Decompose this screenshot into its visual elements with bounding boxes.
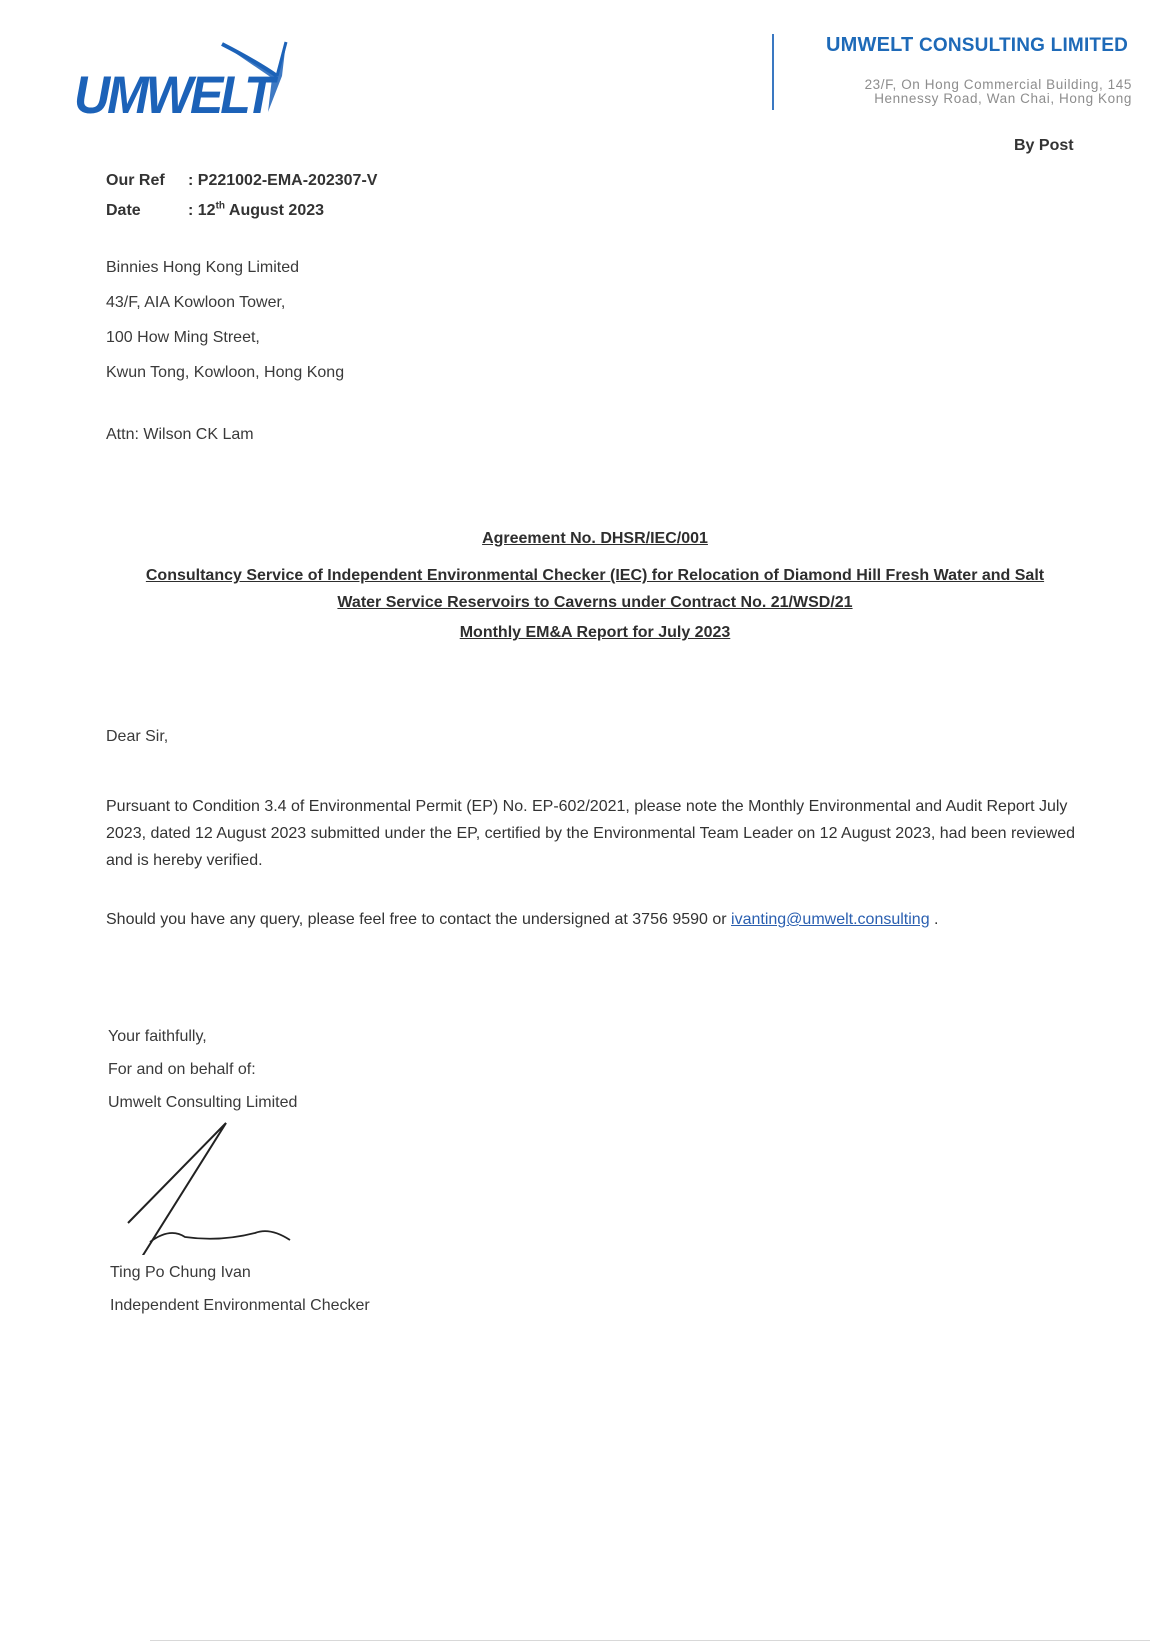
signatory: Ting Po Chung Ivan Independent Environme… [110,1256,370,1322]
recipient-address: Binnies Hong Kong Limited 43/F, AIA Kowl… [106,250,344,390]
agreement-title: Agreement No. DHSR/IEC/001 [0,530,1152,548]
contact-paragraph: Should you have any query, please feel f… [106,911,938,929]
delivery-method: By Post [1014,137,1074,155]
company-address: 23/F, On Hong Commercial Building, 145 H… [826,78,1132,106]
body-paragraph: Pursuant to Condition 3.4 of Environment… [106,793,1086,874]
page-edge-line [150,1640,1150,1641]
reference-block: Our Ref: P221002-EMA-202307-V Date: 12th… [106,168,377,224]
signatory-title: Independent Environmental Checker [110,1289,370,1322]
subject-title: Consultancy Service of Independent Envir… [0,562,1152,616]
umwelt-logo: UMWELT [72,32,302,112]
date-value: : 12th August 2023 [188,202,324,219]
attention-line: Attn: Wilson CK Lam [106,426,254,444]
company-name: UMWELT CONSULTING LIMITED [826,34,1128,57]
our-ref-value: : P221002-EMA-202307-V [188,172,377,189]
header-divider [772,34,774,110]
signatory-name: Ting Po Chung Ivan [110,1256,370,1289]
signature [100,1115,330,1255]
logo-wordmark: UMWELT [74,65,272,126]
closing-block: Your faithfully, For and on behalf of: U… [108,1020,297,1119]
report-title: Monthly EM&A Report for July 2023 [0,624,1152,642]
email-link[interactable]: ivanting@umwelt.consulting [731,911,930,928]
salutation: Dear Sir, [106,728,168,746]
